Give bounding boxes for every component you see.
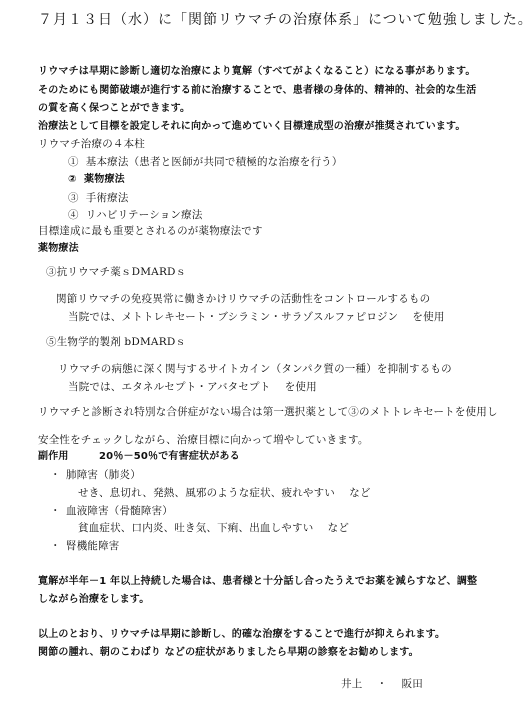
side-effect-detail: 貧血症状、口内炎、吐き気、下痢、出血しやすい など — [78, 521, 349, 535]
intro-line-2: そのためにも関節破壊が進行する前に治療することで、患者様の身体的、精神的、社会的… — [38, 84, 476, 98]
side-effect-name: 腎機能障害 — [66, 539, 120, 553]
bdmards-usage: 当院では、エタネルセプト・アバタセプト を使用 — [68, 380, 317, 394]
side-effects-rate: 20％－50％で有害症状がある — [99, 450, 240, 464]
side-effect-name: 肺障害（肺炎） — [66, 468, 141, 482]
pillars-heading: リウマチ治療の４本柱 — [38, 137, 145, 151]
pillar-number: ④ — [68, 209, 79, 221]
remission-line-2: しながら治療をします。 — [38, 593, 149, 607]
pillar-label: 薬物療法 — [84, 174, 125, 185]
side-effect-detail: せき、息切れ、発熱、風邪のような症状、疲れやすい など — [78, 486, 371, 500]
bullet: ・ — [50, 539, 61, 553]
intro-line-4: 治療法として目標を設定しそれに向かって進めていく目標達成型の治療が推奨されていま… — [38, 120, 466, 134]
pillar-number: ③ — [68, 192, 79, 204]
pillar-4: ④ リハビリテーション療法 — [68, 208, 203, 222]
bdmards-description: リウマチの病態に深く関与するサイトカイン（タンパク質の一種）を抑制するもの — [58, 362, 452, 376]
safety-text: 安全性をチェックしながら、治療目標に向かって増やしていきます。 — [38, 433, 369, 447]
pillar-number: ① — [68, 156, 79, 168]
pillar-label: リハビリテーション療法 — [86, 209, 203, 221]
csdmards-usage: 当院では、メトトレキセート・ブシラミン・サラゾスルファピロジン を使用 — [68, 310, 445, 324]
drug-therapy-heading: 薬物療法 — [38, 242, 79, 256]
intro-line-3: の質を高く保つことができます。 — [38, 102, 190, 116]
pillar-3: ③ 手術療法 — [68, 191, 129, 205]
pillar-1: ① 基本療法（患者と医師が共同で積極的な治療を行う） — [68, 155, 343, 169]
conclusion-line-2: 関節の腫れ、朝のこわばり などの症状がありましたら早期の診察をお勧めします。 — [38, 646, 419, 660]
remission-line-1: 寛解が半年－1 年以上持続した場合は、患者様と十分話し合ったうえでお薬を減らすな… — [38, 575, 477, 589]
authors: 井上 ・ 阪田 — [341, 677, 423, 691]
csdmards-description: 関節リウマチの免疫異常に働きかけリウマチの活動性をコントロールするもの — [56, 292, 430, 306]
intro-line-1: リウマチは早期に診断し適切な治療により寛解（すべてがよくなること）になる事があり… — [38, 65, 476, 79]
bullet: ・ — [50, 468, 61, 482]
side-effect-name: 血液障害（骨髄障害） — [66, 504, 173, 518]
pillar-2: ② 薬物療法 — [68, 173, 125, 187]
goal-note: 目標達成に最も重要とされるのが薬物療法です — [38, 224, 263, 238]
csdmards-heading: ③抗リウマチ薬ｓDMARDｓ — [46, 265, 186, 279]
pillar-label: 手術療法 — [86, 192, 129, 204]
bullet: ・ — [50, 504, 61, 518]
bdmards-heading: ⑤生物学的製剤 bDMARDｓ — [46, 335, 186, 349]
first-choice-text: リウマチと診断され特別な合併症がない場合は第一選択薬として③のメトトレキセートを… — [38, 405, 498, 419]
pillar-label: 基本療法（患者と医師が共同で積極的な治療を行う） — [86, 156, 343, 168]
pillar-number: ② — [68, 174, 77, 185]
page-title: ７月１３日（水）に「関節リウマチの治療体系」について勉強しました。 — [38, 11, 525, 29]
side-effects-label: 副作用 — [38, 450, 69, 464]
conclusion-line-1: 以上のとおり、リウマチは早期に診断し、的確な治療をすることで進行が抑えられます。 — [38, 628, 445, 642]
